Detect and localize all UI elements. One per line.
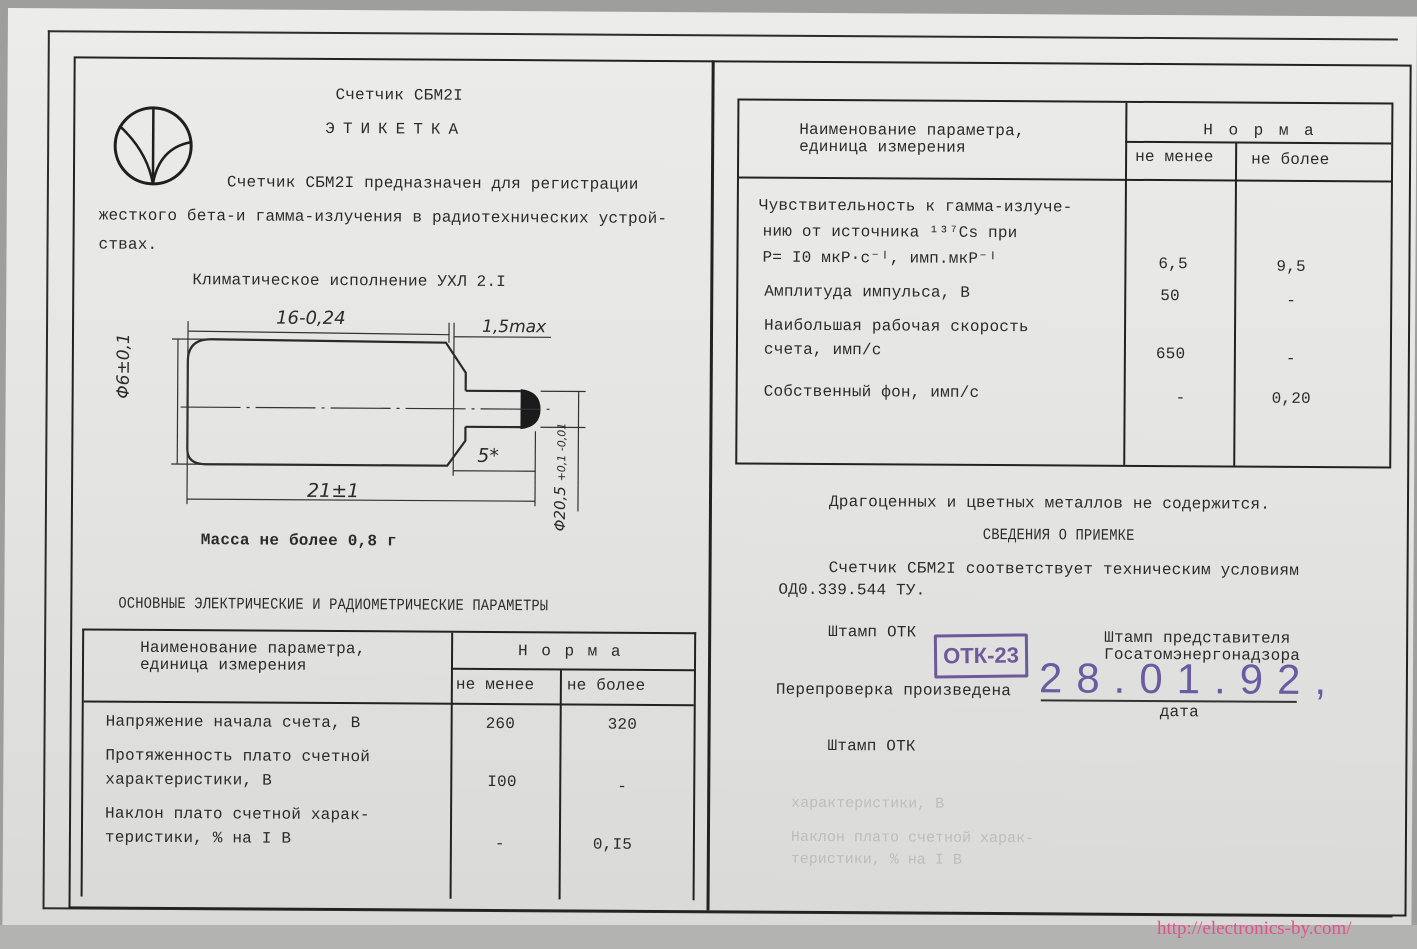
otk-stamp-label-2: Штамп ОТК [827,737,915,756]
metals-note: Драгоценных и цветных металлов не содерж… [829,493,1270,514]
climate-rating: Климатическое исполнение УХЛ 2.I [192,271,506,291]
right-table-row: Наибольшая рабочая скорость счета, имп/с… [8,8,1417,17]
params-section-title: ОСНОВНЫЕ ЭЛЕКТРИЧЕСКИЕ И РАДИОМЕТРИЧЕСКИ… [118,595,548,616]
date-caption: дата [1160,703,1199,721]
row-min: 50 [1160,287,1180,305]
row-name: Напряжение начала счета, В [106,713,361,733]
manufacturer-emblem-icon [107,106,204,193]
row-max: - [1286,292,1296,310]
doc-type-heading: ЭТИКЕТКА [325,120,466,139]
row-min: I00 [487,773,517,791]
document-sheet: Счетчик СБМ2I ЭТИКЕТКА Счетчик СБМ2I пре… [2,8,1417,947]
row-name: Чувствительность к гамма-излуче- [759,197,1073,217]
left-header-norm: Н о р м а [518,642,623,661]
row-name: Протяженность плато счетной [105,747,370,767]
row-max: 0,20 [1272,390,1311,408]
compliance-line-2: ОД0.339.544 ТУ. [778,581,925,600]
row-max: 9,5 [1276,258,1306,276]
dim-tip-diameter-tolerance: +0,1 -0,01 [555,423,568,482]
row-max: - [617,778,627,796]
row-min: 650 [1156,345,1186,363]
row-name-cont: счета, имп/с [764,341,882,360]
left-table-row: Наклон плато счетной харак- теристики, %… [8,8,1417,17]
ghost-text-1: характеристики, В [791,795,944,813]
row-name: Наибольшая рабочая скорость [764,317,1029,337]
dim-tip-length: 5* [477,445,499,467]
row-name-cont: P= I0 мкР·с⁻ᴵ, имп.мкР⁻ᴵ [762,247,997,268]
compliance-line-1: Счетчик СБМ2I соответствует техническим … [829,559,1300,580]
row-max: - [1286,350,1296,368]
otk-stamp-label: Штамп ОТК [828,623,916,642]
recheck-label: Перепроверка произведена [776,681,1011,700]
recheck-date: 28.01.92, [1039,654,1340,704]
right-table-row: Собственный фон, имп/с - 0,20 [8,8,1417,17]
product-title: Счетчик СБМ2I [335,86,463,105]
row-name-cont: характеристики, В [105,771,272,790]
mass-note: Масса не более 0,8 г [201,531,397,550]
dim-top-length: 16-0,24 [276,308,346,329]
ghost-text-2: Наклон плато счетной харак- [791,829,1034,847]
row-max: 0,I5 [593,836,632,854]
description-line-3: ствах. [99,236,158,254]
row-name-cont: нию от источника ¹³⁷Cs при [763,223,1018,243]
dim-body-diameter: Φ6±0,1 [114,333,134,399]
ghost-text-3: теристики, % на I В [791,851,962,869]
row-name: Собственный фон, имп/с [764,383,980,402]
right-table-row: Амплитуда импульса, В 50 - [8,8,1417,17]
row-max: 320 [608,716,638,734]
left-header-name-2: единица измерения [140,656,307,675]
left-header-max: не более [567,676,646,694]
dim-tip-diameter-main: Φ20,5 [551,486,569,531]
row-min: - [1176,389,1186,407]
dim-tip-diameter: Φ20,5 +0,1 -0,01 [551,423,570,532]
row-min: 260 [486,715,516,733]
row-min: - [495,835,505,853]
row-name: Наклон плато счетной харак- [105,805,370,825]
right-table-row: Чувствительность к гамма-излуче- нию от … [8,8,1417,17]
right-header-min: не менее [1135,148,1214,166]
right-header-max: не более [1251,151,1330,169]
description-line-1: Счетчик СБМ2I предназначен для регистрац… [227,173,639,194]
right-header-name-2: единица измерения [799,138,966,157]
acceptance-title: СВЕДЕНИЯ О ПРИЕМКЕ [983,526,1135,545]
dim-total-length: 21±1 [307,480,359,502]
dim-top-right: 1,5max [482,317,546,337]
row-name: Амплитуда импульса, В [764,283,970,302]
left-table-row: Протяженность плато счетной характеристи… [8,8,1417,17]
left-header-min: не менее [456,676,535,694]
row-min: 6,5 [1158,255,1188,273]
otk-stamp: ОТК-23 [934,633,1028,678]
watermark-link[interactable]: http://electronics-by.com/ [1157,918,1352,940]
description-line-2: жесткого бета-и гамма-излучения в радиот… [99,207,668,228]
row-name-cont: теристики, % на I В [105,829,291,848]
right-header-norm: Н о р м а [1203,121,1317,140]
left-table-row: Напряжение начала счета, В 260 320 [8,8,1417,17]
